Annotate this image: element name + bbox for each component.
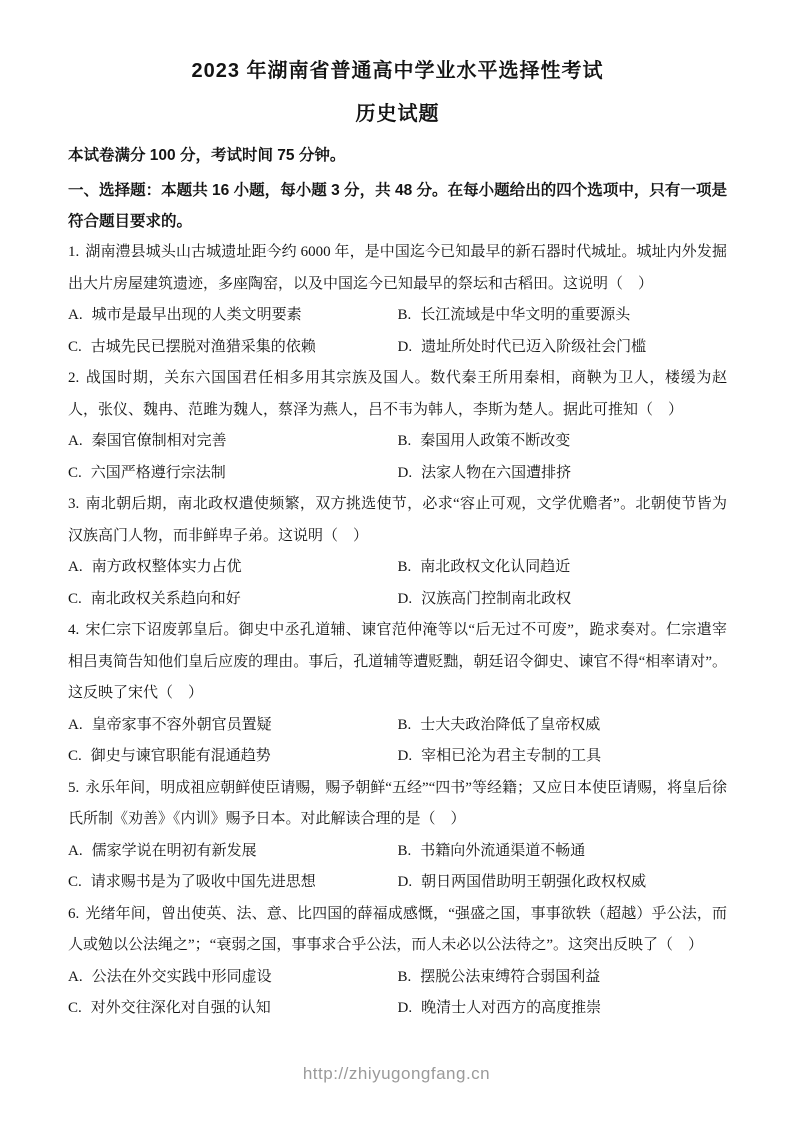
- question-3-stem: 3.南北朝后期，南北政权遣使频繁，双方挑选使节，必求“容止可观，文学优赡者”。北…: [68, 489, 727, 552]
- option-label: C.: [68, 465, 82, 481]
- question-5-option-a: A.儒家学说在明初有新发展: [68, 836, 398, 868]
- option-label: A.: [68, 559, 83, 575]
- option-label: B.: [398, 433, 412, 449]
- question-4-options: A.皇帝家事不容外朝官员置疑 B.士大夫政治降低了皇帝权威 C.御史与谏官职能有…: [68, 710, 727, 773]
- option-text: 对外交往深化对自强的认知: [91, 1000, 271, 1016]
- option-label: D.: [398, 591, 413, 607]
- option-label: C.: [68, 339, 82, 355]
- question-1-option-d: D.遗址所处时代已迈入阶级社会门槛: [398, 332, 728, 364]
- question-1-option-c: C.古城先民已摆脱对渔猎采集的依赖: [68, 332, 398, 364]
- question-6-number: 6.: [68, 906, 79, 922]
- option-label: C.: [68, 874, 82, 890]
- question-2-option-c: C.六国严格遵行宗法制: [68, 458, 398, 490]
- question-1-option-b: B.长江流域是中华文明的重要源头: [398, 300, 728, 332]
- option-label: A.: [68, 433, 83, 449]
- question-2-number: 2.: [68, 370, 79, 386]
- option-text: 请求赐书是为了吸收中国先进思想: [91, 874, 316, 890]
- option-label: D.: [398, 1000, 413, 1016]
- option-label: D.: [398, 874, 413, 890]
- question-2-option-a: A.秦国官僚制相对完善: [68, 426, 398, 458]
- option-text: 法家人物在六国遭排挤: [421, 465, 571, 481]
- question-6-option-b: B.摆脱公法束缚符合弱国利益: [398, 962, 728, 994]
- watermark-url: http://zhiyugongfang.cn: [0, 1064, 793, 1084]
- question-3-option-d: D.汉族高门控制南北政权: [398, 584, 728, 616]
- option-text: 儒家学说在明初有新发展: [92, 843, 257, 859]
- option-label: B.: [398, 559, 412, 575]
- question-4: 4.宋仁宗下诏废郭皇后。御史中丞孔道辅、谏官范仲淹等以“后无过不可废”，跪求奏对…: [68, 615, 727, 773]
- question-6-stem: 6.光绪年间，曾出使英、法、意、比四国的薛福成感慨，“强盛之国，事事欲轶（超越）…: [68, 899, 727, 962]
- question-1-number: 1.: [68, 244, 79, 260]
- question-2-option-b: B.秦国用人政策不断改变: [398, 426, 728, 458]
- option-text: 秦国用人政策不断改变: [420, 433, 570, 449]
- option-label: A.: [68, 307, 83, 323]
- option-text: 秦国官僚制相对完善: [92, 433, 227, 449]
- question-5-number: 5.: [68, 780, 79, 796]
- option-label: C.: [68, 1000, 82, 1016]
- question-1-stem-text: 湖南澧县城头山古城遗址距今约 6000 年，是中国迄今已知最早的新石器时代城址。…: [68, 244, 727, 292]
- question-2-stem-text: 战国时期，关东六国国君任相多用其宗族及国人。数代秦王所用秦相，商鞅为卫人，楼缓为…: [68, 370, 727, 418]
- question-4-stem-text: 宋仁宗下诏废郭皇后。御史中丞孔道辅、谏官范仲淹等以“后无过不可废”，跪求奏对。仁…: [68, 622, 727, 701]
- section-heading: 一、选择题：本题共 16 小题，每小题 3 分，共 48 分。在每小题给出的四个…: [68, 175, 727, 237]
- option-label: B.: [398, 969, 412, 985]
- question-5: 5.永乐年间，明成祖应朝鲜使臣请赐，赐予朝鲜“五经”“四书”等经籍；又应日本使臣…: [68, 773, 727, 899]
- question-1-options: A.城市是最早出现的人类文明要素 B.长江流域是中华文明的重要源头 C.古城先民…: [68, 300, 727, 363]
- question-4-option-c: C.御史与谏官职能有混通趋势: [68, 741, 398, 773]
- exam-info-line: 本试卷满分 100 分，考试时间 75 分钟。: [68, 144, 727, 168]
- option-label: C.: [68, 748, 82, 764]
- question-4-option-b: B.士大夫政治降低了皇帝权威: [398, 710, 728, 742]
- question-3-option-c: C.南北政权关系趋向和好: [68, 584, 398, 616]
- question-2: 2.战国时期，关东六国国君任相多用其宗族及国人。数代秦王所用秦相，商鞅为卫人，楼…: [68, 363, 727, 489]
- option-text: 城市是最早出现的人类文明要素: [92, 307, 302, 323]
- question-1: 1.湖南澧县城头山古城遗址距今约 6000 年，是中国迄今已知最早的新石器时代城…: [68, 237, 727, 363]
- question-4-stem: 4.宋仁宗下诏废郭皇后。御史中丞孔道辅、谏官范仲淹等以“后无过不可废”，跪求奏对…: [68, 615, 727, 710]
- option-label: A.: [68, 969, 83, 985]
- question-4-option-a: A.皇帝家事不容外朝官员置疑: [68, 710, 398, 742]
- option-text: 公法在外交实践中形同虚设: [92, 969, 272, 985]
- option-text: 南北政权文化认同趋近: [420, 559, 570, 575]
- option-label: B.: [398, 307, 412, 323]
- option-text: 六国严格遵行宗法制: [91, 465, 226, 481]
- question-6-options: A.公法在外交实践中形同虚设 B.摆脱公法束缚符合弱国利益 C.对外交往深化对自…: [68, 962, 727, 1025]
- option-text: 摆脱公法束缚符合弱国利益: [420, 969, 600, 985]
- question-6-option-d: D.晚清士人对西方的高度推崇: [398, 993, 728, 1025]
- option-text: 长江流域是中华文明的重要源头: [420, 307, 630, 323]
- question-6: 6.光绪年间，曾出使英、法、意、比四国的薛福成感慨，“强盛之国，事事欲轶（超越）…: [68, 899, 727, 1025]
- question-2-option-d: D.法家人物在六国遭排挤: [398, 458, 728, 490]
- question-3-stem-text: 南北朝后期，南北政权遣使频繁，双方挑选使节，必求“容止可观，文学优赡者”。北朝使…: [68, 496, 727, 544]
- option-text: 南方政权整体实力占优: [92, 559, 242, 575]
- question-3-options: A.南方政权整体实力占优 B.南北政权文化认同趋近 C.南北政权关系趋向和好 D…: [68, 552, 727, 615]
- question-5-stem: 5.永乐年间，明成祖应朝鲜使臣请赐，赐予朝鲜“五经”“四书”等经籍；又应日本使臣…: [68, 773, 727, 836]
- question-1-option-a: A.城市是最早出现的人类文明要素: [68, 300, 398, 332]
- option-label: D.: [398, 748, 413, 764]
- question-3-number: 3.: [68, 496, 79, 512]
- option-text: 书籍向外流通渠道不畅通: [420, 843, 585, 859]
- exam-subject-title: 历史试题: [68, 99, 727, 129]
- question-2-stem: 2.战国时期，关东六国国君任相多用其宗族及国人。数代秦王所用秦相，商鞅为卫人，楼…: [68, 363, 727, 426]
- option-label: A.: [68, 717, 83, 733]
- option-text: 士大夫政治降低了皇帝权威: [420, 717, 600, 733]
- option-text: 遗址所处时代已迈入阶级社会门槛: [421, 339, 646, 355]
- question-5-option-c: C.请求赐书是为了吸收中国先进思想: [68, 867, 398, 899]
- question-3-option-b: B.南北政权文化认同趋近: [398, 552, 728, 584]
- option-text: 晚清士人对西方的高度推崇: [421, 1000, 601, 1016]
- question-2-options: A.秦国官僚制相对完善 B.秦国用人政策不断改变 C.六国严格遵行宗法制 D.法…: [68, 426, 727, 489]
- question-5-options: A.儒家学说在明初有新发展 B.书籍向外流通渠道不畅通 C.请求赐书是为了吸收中…: [68, 836, 727, 899]
- exam-paper-page: 2023 年湖南省普通高中学业水平选择性考试 历史试题 本试卷满分 100 分，…: [0, 0, 793, 1122]
- option-text: 宰相已沦为君主专制的工具: [421, 748, 601, 764]
- option-text: 汉族高门控制南北政权: [421, 591, 571, 607]
- question-4-number: 4.: [68, 622, 79, 638]
- question-5-option-d: D.朝日两国借助明王朝强化政权权威: [398, 867, 728, 899]
- option-text: 南北政权关系趋向和好: [91, 591, 241, 607]
- question-3-option-a: A.南方政权整体实力占优: [68, 552, 398, 584]
- option-label: C.: [68, 591, 82, 607]
- option-label: B.: [398, 843, 412, 859]
- question-6-option-a: A.公法在外交实践中形同虚设: [68, 962, 398, 994]
- option-text: 御史与谏官职能有混通趋势: [91, 748, 271, 764]
- option-text: 古城先民已摆脱对渔猎采集的依赖: [91, 339, 316, 355]
- option-text: 朝日两国借助明王朝强化政权权威: [421, 874, 646, 890]
- option-text: 皇帝家事不容外朝官员置疑: [92, 717, 272, 733]
- exam-title: 2023 年湖南省普通高中学业水平选择性考试: [68, 56, 727, 86]
- question-6-option-c: C.对外交往深化对自强的认知: [68, 993, 398, 1025]
- question-3: 3.南北朝后期，南北政权遣使频繁，双方挑选使节，必求“容止可观，文学优赡者”。北…: [68, 489, 727, 615]
- option-label: A.: [68, 843, 83, 859]
- question-4-option-d: D.宰相已沦为君主专制的工具: [398, 741, 728, 773]
- question-6-stem-text: 光绪年间，曾出使英、法、意、比四国的薛福成感慨，“强盛之国，事事欲轶（超越）乎公…: [68, 906, 727, 954]
- question-1-stem: 1.湖南澧县城头山古城遗址距今约 6000 年，是中国迄今已知最早的新石器时代城…: [68, 237, 727, 300]
- option-label: B.: [398, 717, 412, 733]
- option-label: D.: [398, 339, 413, 355]
- question-5-stem-text: 永乐年间，明成祖应朝鲜使臣请赐，赐予朝鲜“五经”“四书”等经籍；又应日本使臣请赐…: [68, 780, 727, 828]
- option-label: D.: [398, 465, 413, 481]
- question-5-option-b: B.书籍向外流通渠道不畅通: [398, 836, 728, 868]
